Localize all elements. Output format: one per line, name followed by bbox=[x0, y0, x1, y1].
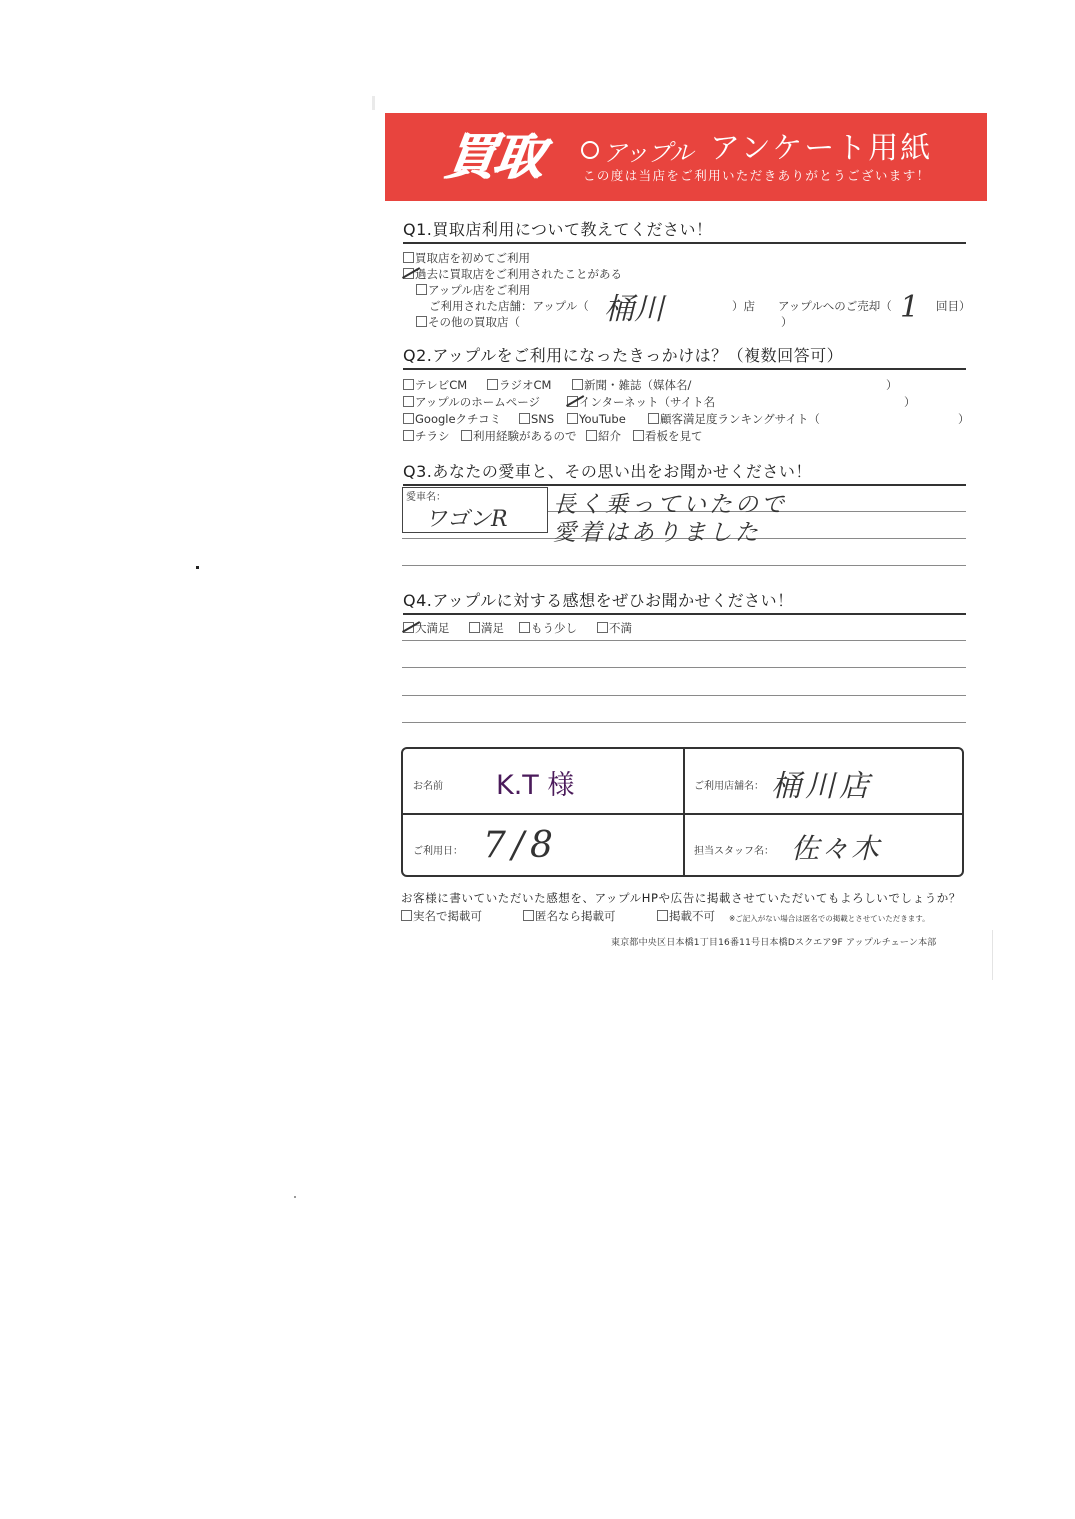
q2-option-internet[interactable]: インターネット（サイト名 bbox=[567, 394, 715, 410]
checkbox[interactable] bbox=[597, 622, 608, 633]
form-title: アンケート用紙 bbox=[710, 131, 932, 167]
scan-speck bbox=[196, 566, 199, 569]
date-handwritten[interactable]: 7/8 bbox=[483, 825, 559, 866]
writing-line bbox=[402, 722, 966, 723]
checkbox[interactable] bbox=[403, 396, 414, 407]
divider bbox=[683, 749, 685, 875]
checkbox[interactable] bbox=[586, 430, 597, 441]
checkbox[interactable] bbox=[403, 379, 414, 390]
writing-line bbox=[402, 565, 966, 566]
checkbox[interactable] bbox=[403, 430, 414, 441]
q2-option[interactable]: 看板を見て bbox=[633, 428, 703, 444]
date-label: ご利用日： bbox=[413, 842, 463, 857]
q1-store-label: ご利用された店舗：アップル（ bbox=[429, 298, 589, 314]
q1-option-apple-store[interactable]: アップル店をご利用 bbox=[416, 282, 530, 298]
staff-name-label: 担当スタッフ名： bbox=[694, 842, 774, 857]
q1-sales-count-handwritten[interactable]: 1 bbox=[900, 290, 919, 325]
writing-line bbox=[402, 667, 966, 668]
q1-sales-suffix: 回目） bbox=[936, 298, 971, 314]
q2-option[interactable]: 顧客満足度ランキングサイト（ bbox=[648, 411, 820, 427]
q2-option[interactable]: ラジオCM bbox=[487, 377, 551, 393]
q1-heading: Q1.買取店利用について教えてください！ bbox=[403, 220, 966, 244]
q3-heading: Q3.あなたの愛車と、その思い出をお聞かせください！ bbox=[403, 462, 966, 486]
q2-option[interactable]: 利用経験があるので bbox=[461, 428, 577, 444]
checkbox[interactable] bbox=[461, 430, 472, 441]
customer-name[interactable]: K.T 様 bbox=[496, 763, 574, 802]
q4-heading: Q4.アップルに対する感想をぜひお聞かせください！ bbox=[403, 591, 966, 615]
writing-line bbox=[402, 640, 966, 641]
q1-store-suffix: ）店 bbox=[732, 298, 755, 314]
checkbox[interactable] bbox=[403, 252, 414, 263]
consent-note: ※ご記入がない場合は匿名での掲載とさせていただきます。 bbox=[729, 911, 930, 927]
brand-logo-text: アップル bbox=[603, 133, 692, 168]
q2-option[interactable]: 紹介 bbox=[586, 428, 621, 444]
checkbox-checked[interactable] bbox=[403, 622, 414, 633]
checkbox[interactable] bbox=[487, 379, 498, 390]
name-label: お名前 bbox=[413, 777, 443, 792]
q2-option[interactable]: YouTube bbox=[567, 411, 626, 427]
scan-speck bbox=[294, 1196, 296, 1198]
q2-option[interactable]: チラシ bbox=[403, 428, 450, 444]
checkbox[interactable] bbox=[519, 622, 530, 633]
scan-edge-mark bbox=[372, 96, 375, 110]
q4-option-satisfied[interactable]: 満足 bbox=[469, 620, 504, 636]
checkbox[interactable] bbox=[519, 413, 530, 424]
checkbox-checked[interactable] bbox=[403, 268, 414, 279]
q2-option[interactable]: アップルのホームページ bbox=[403, 394, 540, 410]
hq-address: 東京都中央区日本橋1丁目16番11号日本橋Dスクエア9F アップルチェーン本部 bbox=[611, 935, 937, 948]
store-name-handwritten[interactable]: 桶川店 bbox=[771, 761, 873, 805]
car-name-box[interactable]: 愛車名： ワゴンR bbox=[402, 487, 548, 533]
checkbox[interactable] bbox=[401, 910, 412, 921]
memory-line-2[interactable]: 愛着はありました bbox=[553, 514, 761, 547]
q2-option[interactable]: 新聞・雑誌（媒体名/ bbox=[572, 377, 691, 393]
car-name-handwritten: ワゴンR bbox=[425, 502, 508, 533]
customer-info-table: お名前 K.T 様 ご利用店舗名： 桶川店 ご利用日： 7/8 担当スタッフ名：… bbox=[401, 747, 964, 877]
writing-line bbox=[402, 695, 966, 696]
apple-logo-icon bbox=[581, 141, 599, 159]
q2-option[interactable]: Googleクチコミ bbox=[403, 411, 501, 427]
q1-sales-label: アップルへのご売却（ bbox=[778, 298, 892, 314]
checkbox[interactable] bbox=[567, 413, 578, 424]
consent-option-anonymous[interactable]: 匿名なら掲載可 bbox=[523, 908, 616, 924]
consent-option-no-publish[interactable]: 掲載不可 bbox=[657, 908, 715, 924]
q2-close-paren: ） bbox=[886, 377, 898, 393]
q1-store-handwritten[interactable]: 桶川 bbox=[604, 284, 664, 328]
form-subtitle: この度は当店をご利用いただきありがとうございます！ bbox=[583, 166, 931, 184]
checkbox[interactable] bbox=[469, 622, 480, 633]
kaitori-logo: 買取 bbox=[441, 127, 545, 187]
checkbox[interactable] bbox=[523, 910, 534, 921]
checkbox[interactable] bbox=[657, 910, 668, 921]
q2-close-paren: ） bbox=[958, 411, 970, 427]
q2-option[interactable]: テレビCM bbox=[403, 377, 467, 393]
checkbox[interactable] bbox=[633, 430, 644, 441]
publish-consent-question: お客様に書いていただいた感想を、アップルHPや広告に掲載させていただいてもよろし… bbox=[401, 890, 961, 906]
checkbox[interactable] bbox=[416, 316, 427, 327]
q4-option-dissatisfied[interactable]: 不満 bbox=[597, 620, 632, 636]
q1-other-close: ） bbox=[781, 314, 793, 330]
checkbox[interactable] bbox=[648, 413, 659, 424]
q4-option-could-be-better[interactable]: もう少し bbox=[519, 620, 577, 636]
store-name-label: ご利用店舗名： bbox=[694, 777, 764, 792]
q1-option-first-time[interactable]: 買取店を初めてご利用 bbox=[403, 250, 530, 266]
staff-name-handwritten[interactable]: 佐々木 bbox=[791, 827, 881, 867]
q2-heading: Q2.アップルをご利用になったきっかけは？（複数回答可） bbox=[403, 346, 966, 370]
q1-option-used-before[interactable]: 過去に買取店をご利用されたことがある bbox=[403, 266, 622, 282]
checkbox[interactable] bbox=[403, 413, 414, 424]
checkbox-checked[interactable] bbox=[567, 396, 578, 407]
q2-close-paren: ） bbox=[904, 394, 916, 410]
consent-option-real-name[interactable]: 実名で掲載可 bbox=[401, 908, 482, 924]
divider bbox=[403, 813, 962, 815]
q1-option-other-store[interactable]: その他の買取店（ bbox=[416, 314, 520, 330]
header-banner: 買取 アップル アンケート用紙 この度は当店をご利用いただきありがとうございます… bbox=[385, 113, 987, 201]
checkbox[interactable] bbox=[572, 379, 583, 390]
checkbox[interactable] bbox=[416, 284, 427, 295]
q2-option[interactable]: SNS bbox=[519, 411, 554, 427]
q4-option-very-satisfied[interactable]: 大満足 bbox=[403, 620, 450, 636]
scan-edge-line bbox=[992, 930, 993, 980]
